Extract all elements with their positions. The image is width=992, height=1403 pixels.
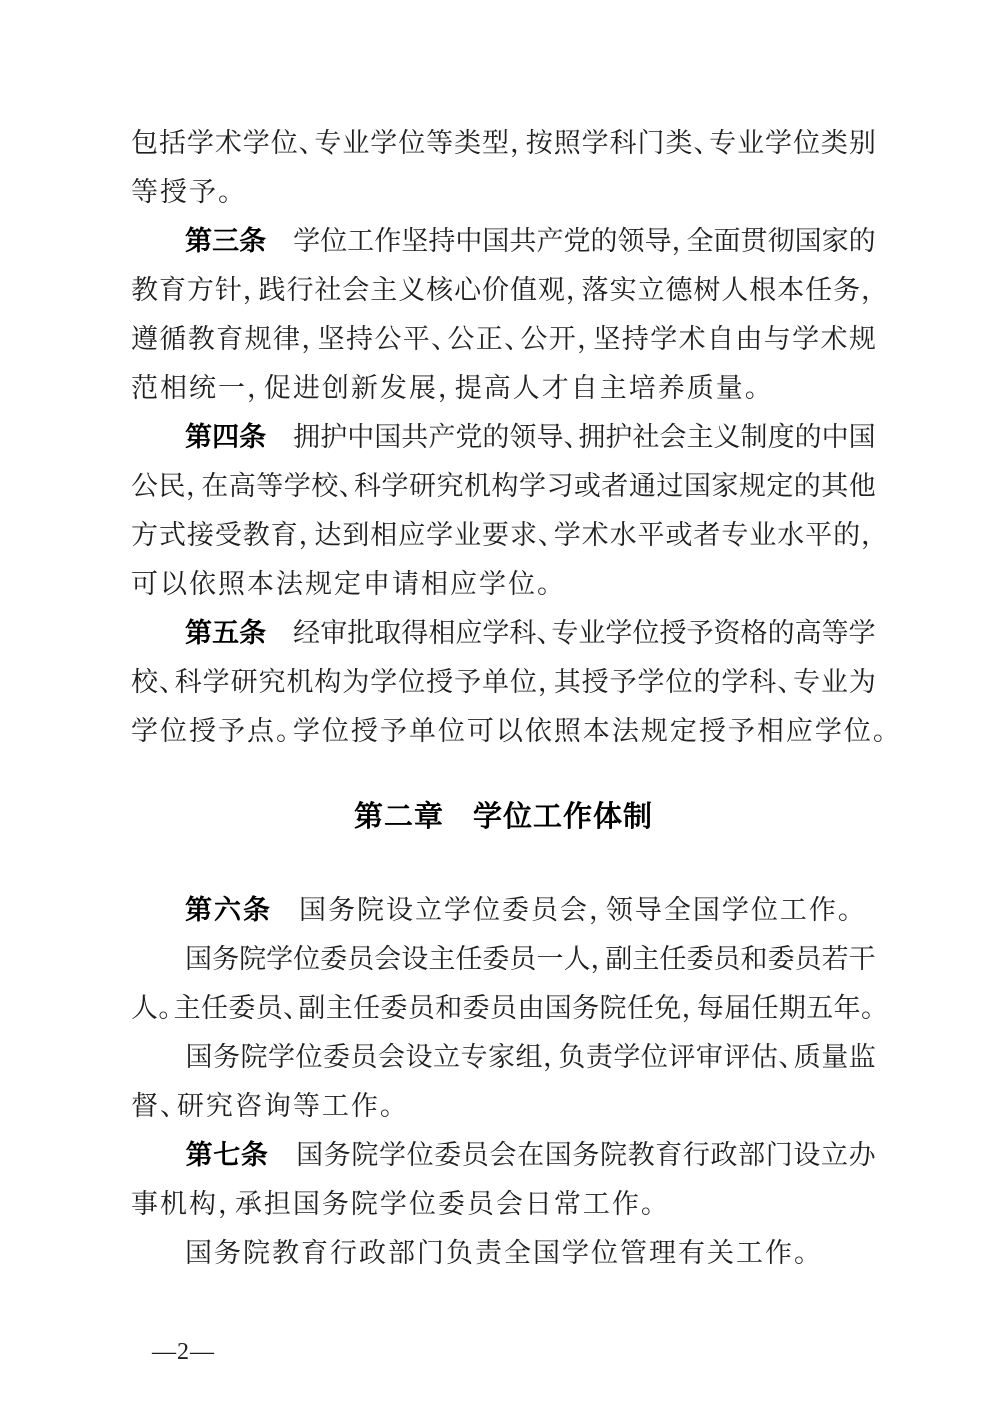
- char-glyph: 员: [408, 995, 435, 1022]
- punct-glyph: ，: [186, 473, 201, 500]
- body-text-upper: 包括学术学位、专业学位等类型，按照学科门类、专业学位类别等授予。第三条学位工作坚…: [131, 119, 876, 756]
- char-glyph: 由: [735, 326, 762, 353]
- char-glyph: 求: [510, 522, 537, 549]
- char-glyph: 质: [687, 375, 714, 402]
- char-glyph: 立: [638, 277, 665, 304]
- text-line: 国务院教育行政部门负责全国学位管理有关工作。: [131, 1229, 876, 1278]
- char-glyph: 委: [463, 995, 490, 1022]
- char-glyph: 国: [482, 228, 509, 255]
- segment-gap: [269, 1155, 296, 1156]
- char-glyph: 规: [739, 473, 766, 500]
- char-glyph: 人: [721, 277, 748, 304]
- char-glyph: 学: [426, 522, 453, 549]
- char-glyph: 员: [795, 946, 822, 973]
- char-glyph: 位: [665, 669, 692, 696]
- char-glyph: 取: [374, 620, 401, 647]
- char-glyph: 应: [455, 620, 482, 647]
- char-glyph: 过: [656, 473, 683, 500]
- char-glyph: 在: [517, 1142, 544, 1169]
- char-glyph: 他: [849, 473, 876, 500]
- char-glyph: 育: [655, 1142, 682, 1169]
- char-glyph: 规: [305, 571, 332, 598]
- char-glyph: 可: [131, 571, 158, 598]
- char-glyph: 型: [482, 130, 509, 157]
- char-glyph: 五: [806, 995, 833, 1022]
- char-glyph: 党: [455, 424, 482, 451]
- char-glyph: 社: [632, 424, 659, 451]
- char-glyph: 立: [415, 897, 442, 924]
- char-glyph: 导: [536, 424, 563, 451]
- char-glyph: 机: [160, 1191, 187, 1218]
- char-glyph: 第: [185, 620, 212, 647]
- segment-gap: [266, 633, 293, 634]
- char-glyph: 作: [765, 1240, 792, 1267]
- char-glyph: 学: [613, 1044, 640, 1071]
- char-glyph: 副: [298, 995, 325, 1022]
- char-glyph: 专: [461, 1044, 488, 1071]
- char-glyph: 度: [768, 424, 795, 451]
- punct-glyph: ，: [682, 995, 697, 1022]
- char-glyph: 会: [378, 1044, 405, 1071]
- char-glyph: 育: [216, 326, 243, 353]
- indent-spacer: [131, 241, 185, 242]
- char-glyph: 七: [213, 1142, 240, 1169]
- char-glyph: 按: [526, 130, 553, 157]
- char-glyph: 委: [434, 1142, 461, 1169]
- text-line: 第三条学位工作坚持中国共产党的领导，全面贯彻国家的: [131, 217, 876, 266]
- char-glyph: 规: [245, 326, 272, 353]
- char-glyph: 授: [426, 669, 453, 696]
- char-glyph: 学: [284, 473, 311, 500]
- char-glyph: 请: [392, 571, 419, 598]
- char-glyph: 类: [665, 130, 692, 157]
- punct-glyph: 。: [794, 1240, 809, 1267]
- char-glyph: 授: [582, 669, 609, 696]
- char-glyph: 平: [403, 326, 430, 353]
- char-glyph: 位: [844, 718, 871, 745]
- char-glyph: 院: [351, 1142, 378, 1169]
- char-glyph: 科: [175, 669, 202, 696]
- char-glyph: 常: [554, 1191, 581, 1218]
- text-line: 第七条国务院学位委员会在国务院教育行政部门设立办: [131, 1131, 876, 1180]
- char-glyph: 受: [215, 522, 242, 549]
- text-line: 遵循教育规律，坚持公平、公正、公开，坚持学术自由与学术规: [131, 315, 876, 364]
- char-glyph: 业: [342, 130, 369, 157]
- char-glyph: 的: [795, 424, 822, 451]
- char-glyph: 产: [536, 228, 563, 255]
- char-glyph: 根: [749, 277, 776, 304]
- char-glyph: 相: [428, 620, 455, 647]
- char-glyph: 一: [536, 946, 563, 973]
- char-glyph: 导: [645, 228, 672, 255]
- char-glyph: 员: [351, 1044, 378, 1071]
- char-glyph: 践: [259, 277, 286, 304]
- char-glyph: 科: [354, 473, 381, 500]
- char-glyph: 位: [398, 669, 425, 696]
- text-line: 第五条经审批取得相应学科、专业学位授予资格的高等学: [131, 609, 876, 658]
- char-glyph: 任: [201, 995, 228, 1022]
- char-glyph: 单: [482, 669, 509, 696]
- char-glyph: 中: [822, 424, 849, 451]
- punct-glyph: 、: [159, 669, 174, 696]
- char-glyph: 育: [301, 1240, 328, 1267]
- char-glyph: 的: [591, 228, 618, 255]
- char-glyph: 委: [320, 946, 347, 973]
- punct-glyph: 、: [536, 620, 551, 647]
- char-glyph: 达: [314, 522, 341, 549]
- punct-glyph: ，: [543, 1044, 558, 1071]
- char-glyph: 定: [670, 718, 697, 745]
- text-line: 可以依照本法规定申请相应学位。: [131, 560, 876, 609]
- char-glyph: 委: [380, 995, 407, 1022]
- char-glyph: 实: [610, 277, 637, 304]
- char-glyph: 领: [509, 424, 536, 451]
- char-glyph: 免: [654, 995, 681, 1022]
- char-glyph: 估: [751, 1044, 778, 1071]
- char-glyph: 务: [328, 897, 355, 924]
- punct-glyph: 、: [777, 669, 792, 696]
- char-glyph: 本: [247, 571, 274, 598]
- char-glyph: 拥: [293, 424, 320, 451]
- char-glyph: 的: [849, 228, 876, 255]
- char-glyph: 国: [849, 424, 876, 451]
- char-glyph: 院: [357, 897, 384, 924]
- char-glyph: 进: [293, 375, 320, 402]
- char-glyph: 委: [482, 946, 509, 973]
- char-glyph: 贯: [741, 228, 768, 255]
- char-glyph: 相: [370, 522, 397, 549]
- char-glyph: 批: [347, 620, 374, 647]
- punct-glyph: ，: [247, 375, 262, 402]
- char-glyph: 学: [721, 669, 748, 696]
- char-glyph: 拥: [578, 424, 605, 451]
- char-glyph: 任: [659, 946, 686, 973]
- char-glyph: 学: [370, 130, 397, 157]
- char-glyph: 位: [510, 669, 537, 696]
- char-glyph: 其: [554, 669, 581, 696]
- char-glyph: 立: [821, 1142, 848, 1169]
- chapter-title: 学位工作体制: [473, 794, 653, 835]
- char-glyph: 研: [231, 669, 258, 696]
- char-glyph: 应: [786, 718, 813, 745]
- char-glyph: 位: [473, 897, 500, 924]
- char-glyph: 或: [665, 522, 692, 549]
- char-glyph: 位: [632, 620, 659, 647]
- char-glyph: 院: [239, 946, 266, 973]
- char-glyph: 每: [697, 995, 724, 1022]
- char-glyph: 校: [131, 669, 158, 696]
- char-glyph: 公: [131, 473, 158, 500]
- char-glyph: 立: [433, 1044, 460, 1071]
- char-glyph: 相: [757, 718, 784, 745]
- char-glyph: 业: [749, 522, 776, 549]
- char-glyph: 年: [834, 995, 861, 1022]
- punct-glyph: ，: [299, 522, 314, 549]
- char-glyph: 方: [131, 522, 158, 549]
- char-glyph: 创: [322, 375, 349, 402]
- char-glyph: 人: [513, 375, 540, 402]
- char-glyph: 工: [736, 1240, 763, 1267]
- char-glyph: 量: [716, 375, 743, 402]
- char-glyph: 坚: [593, 326, 620, 353]
- char-glyph: 国: [185, 1240, 212, 1267]
- punct-glyph: 。: [380, 1093, 395, 1120]
- char-glyph: 审: [696, 1044, 723, 1071]
- char-glyph: 理: [649, 1240, 676, 1267]
- char-glyph: 者: [601, 473, 628, 500]
- char-glyph: 持: [622, 326, 649, 353]
- char-glyph: 员: [490, 995, 517, 1022]
- char-glyph: 的: [482, 424, 509, 451]
- char-glyph: 依: [189, 571, 216, 598]
- char-glyph: 校: [311, 473, 338, 500]
- punct-glyph: ，: [566, 277, 581, 304]
- char-glyph: 类: [454, 130, 481, 157]
- char-glyph: 专: [793, 669, 820, 696]
- char-glyph: 科: [610, 130, 637, 157]
- punct-glyph: ，: [510, 130, 525, 157]
- char-glyph: 主: [632, 946, 659, 973]
- char-glyph: 负: [558, 1044, 585, 1071]
- punct-glyph: ，: [218, 1191, 233, 1218]
- char-glyph: 务: [324, 1142, 351, 1169]
- char-glyph: 学: [370, 669, 397, 696]
- char-glyph: 育: [271, 522, 298, 549]
- char-glyph: 五: [212, 620, 239, 647]
- char-glyph: 者: [693, 522, 720, 549]
- char-glyph: 树: [693, 277, 720, 304]
- char-glyph: 四: [212, 424, 239, 451]
- text-line: 第四条拥护中国共产党的领导、拥护社会主义制度的中国: [131, 413, 876, 462]
- punct-glyph: 、: [283, 995, 298, 1022]
- char-glyph: 坚: [318, 326, 345, 353]
- char-glyph: 平: [805, 522, 832, 549]
- char-glyph: 照: [218, 571, 245, 598]
- char-glyph: 要: [482, 522, 509, 549]
- char-glyph: 持: [428, 228, 455, 255]
- char-glyph: 观: [538, 277, 565, 304]
- char-glyph: 国: [533, 1240, 560, 1267]
- char-glyph: 领: [606, 897, 633, 924]
- char-glyph: 学: [382, 473, 409, 500]
- segment-gap: [266, 241, 293, 242]
- char-glyph: 学: [293, 718, 320, 745]
- body-text-lower: 第六条国务院设立学位委员会，领导全国学位工作。国务院学位委员会设主任委员一人，副…: [131, 886, 876, 1278]
- indent-spacer: [131, 1057, 185, 1058]
- char-glyph: 第: [185, 424, 212, 451]
- char-glyph: 员: [531, 897, 558, 924]
- char-glyph: 产: [428, 424, 455, 451]
- char-glyph: 教: [188, 326, 215, 353]
- char-glyph: 党: [563, 228, 590, 255]
- char-glyph: 国: [684, 473, 711, 500]
- char-glyph: 彻: [768, 228, 795, 255]
- punct-glyph: ，: [243, 277, 258, 304]
- char-glyph: 承: [235, 1191, 262, 1218]
- char-glyph: 条: [243, 897, 270, 924]
- char-glyph: 设: [406, 1044, 433, 1071]
- char-glyph: 构: [314, 669, 341, 696]
- char-glyph: 教: [628, 1142, 655, 1169]
- char-glyph: 任: [805, 277, 832, 304]
- char-glyph: 照: [554, 718, 581, 745]
- char-glyph: 予: [380, 718, 407, 745]
- char-glyph: 培: [629, 375, 656, 402]
- char-glyph: 期: [779, 995, 806, 1022]
- char-glyph: 学: [519, 473, 546, 500]
- punct-glyph: ，: [577, 326, 592, 353]
- char-glyph: 以: [160, 571, 187, 598]
- char-glyph: 副: [605, 946, 632, 973]
- char-glyph: 作: [351, 1093, 378, 1120]
- char-glyph: 学: [293, 228, 320, 255]
- char-glyph: 国: [374, 424, 401, 451]
- char-glyph: 作: [374, 228, 401, 255]
- char-glyph: 等: [822, 620, 849, 647]
- char-glyph: 公: [447, 326, 474, 353]
- char-glyph: 负: [446, 1240, 473, 1267]
- char-glyph: 责: [475, 1240, 502, 1267]
- char-glyph: 国: [795, 228, 822, 255]
- punct-glyph: ，: [301, 326, 316, 353]
- text-line: 人。主任委员、副主任委员和委员由国务院任免，每届任期五年。: [131, 984, 876, 1033]
- char-glyph: 义: [714, 424, 741, 451]
- text-line: 方式接受教育，达到相应学业要求、学术水平或者专业水平的，: [131, 511, 876, 560]
- char-glyph: 统: [189, 375, 216, 402]
- char-glyph: 位: [271, 130, 298, 157]
- char-glyph: 任: [627, 995, 654, 1022]
- char-glyph: 会: [560, 897, 587, 924]
- char-glyph: 门: [766, 1142, 793, 1169]
- char-glyph: 会: [496, 1191, 523, 1218]
- punct-glyph: 、: [299, 130, 314, 157]
- char-glyph: 评: [723, 1044, 750, 1071]
- char-glyph: 法: [612, 718, 639, 745]
- char-glyph: 门: [417, 1240, 444, 1267]
- char-glyph: 授: [699, 718, 726, 745]
- char-glyph: 全: [686, 228, 713, 255]
- char-glyph: 水: [610, 522, 637, 549]
- char-glyph: 由: [517, 995, 544, 1022]
- char-glyph: 委: [768, 946, 795, 973]
- text-line: 第六条国务院设立学位委员会，领导全国学位工作。: [131, 886, 876, 935]
- punct-glyph: 、: [431, 326, 446, 353]
- punct-glyph: ，: [861, 522, 876, 549]
- char-glyph: 本: [777, 277, 804, 304]
- char-glyph: 通: [629, 473, 656, 500]
- char-glyph: 术: [215, 130, 242, 157]
- char-glyph: 专: [551, 620, 578, 647]
- char-glyph: 坚: [401, 228, 428, 255]
- char-glyph: 院: [241, 1044, 268, 1071]
- char-glyph: 工: [780, 897, 807, 924]
- char-glyph: 务: [572, 1142, 599, 1169]
- char-glyph: 日: [525, 1191, 552, 1218]
- char-glyph: 学: [266, 946, 293, 973]
- char-glyph: 构: [189, 1191, 216, 1218]
- char-glyph: 等: [293, 1093, 320, 1120]
- text-line: 范相统一，促进创新发展，提高人才自主培养质量。: [131, 364, 876, 413]
- punct-glyph: 、: [538, 522, 553, 549]
- char-glyph: 全: [504, 1240, 531, 1267]
- char-glyph: 关: [707, 1240, 734, 1267]
- char-glyph: 正: [476, 326, 503, 353]
- char-glyph: 家: [711, 473, 738, 500]
- char-glyph: 院: [599, 995, 626, 1022]
- char-glyph: 资: [714, 620, 741, 647]
- char-glyph: 位: [438, 718, 465, 745]
- text-line: 事机构，承担国务院学位委员会日常工作。: [131, 1180, 876, 1229]
- char-glyph: 术: [582, 522, 609, 549]
- char-glyph: 定: [334, 571, 361, 598]
- char-glyph: 相: [160, 375, 187, 402]
- char-glyph: 律: [273, 326, 300, 353]
- char-glyph: 的: [768, 620, 795, 647]
- char-glyph: 政: [359, 1240, 386, 1267]
- char-glyph: 会: [490, 1142, 517, 1169]
- char-glyph: 学: [792, 326, 819, 353]
- char-glyph: 第: [185, 228, 212, 255]
- punct-glyph: 。: [873, 718, 888, 745]
- char-glyph: 任: [455, 946, 482, 973]
- punct-glyph: ，: [589, 897, 604, 924]
- char-glyph: 等: [131, 179, 158, 206]
- char-glyph: 教: [243, 522, 270, 549]
- char-glyph: 委: [686, 946, 713, 973]
- char-glyph: 的: [833, 522, 860, 549]
- char-glyph: 设: [386, 897, 413, 924]
- char-glyph: 单: [409, 718, 436, 745]
- char-glyph: 式: [159, 522, 186, 549]
- indent-spacer: [131, 910, 185, 911]
- punct-glyph: 。: [861, 995, 876, 1022]
- char-glyph: 制: [741, 424, 768, 451]
- char-glyph: 方: [187, 277, 214, 304]
- char-glyph: 询: [264, 1093, 291, 1120]
- char-glyph: 学: [268, 1044, 295, 1071]
- char-glyph: 究: [206, 1093, 233, 1120]
- char-glyph: 人: [131, 995, 158, 1022]
- char-glyph: 公: [374, 326, 401, 353]
- punct-glyph: ，: [591, 946, 606, 973]
- char-glyph: 务: [214, 1240, 241, 1267]
- char-glyph: 养: [658, 375, 685, 402]
- char-glyph: 院: [243, 1240, 270, 1267]
- char-glyph: 学: [203, 669, 230, 696]
- char-glyph: 德: [665, 277, 692, 304]
- char-glyph: 主: [326, 995, 353, 1022]
- char-glyph: 平: [638, 522, 665, 549]
- char-glyph: 研: [177, 1093, 204, 1120]
- punct-glyph: 。: [537, 571, 552, 598]
- text-line: 公民，在高等学校、科学研究机构学习或者通过国家规定的其他: [131, 462, 876, 511]
- char-glyph: 条: [239, 228, 266, 255]
- char-glyph: 员: [462, 1142, 489, 1169]
- char-glyph: 人: [563, 946, 590, 973]
- char-glyph: 务: [322, 1191, 349, 1218]
- char-glyph: 授: [160, 179, 187, 206]
- char-glyph: 法: [276, 571, 303, 598]
- char-glyph: 干: [849, 946, 876, 973]
- char-glyph: 和: [435, 995, 462, 1022]
- char-glyph: 第: [185, 897, 212, 924]
- char-glyph: 社: [314, 277, 341, 304]
- char-glyph: 育: [159, 277, 186, 304]
- char-glyph: 咨: [235, 1093, 262, 1120]
- char-glyph: 学: [605, 620, 632, 647]
- char-glyph: 务: [212, 946, 239, 973]
- char-glyph: 面: [714, 228, 741, 255]
